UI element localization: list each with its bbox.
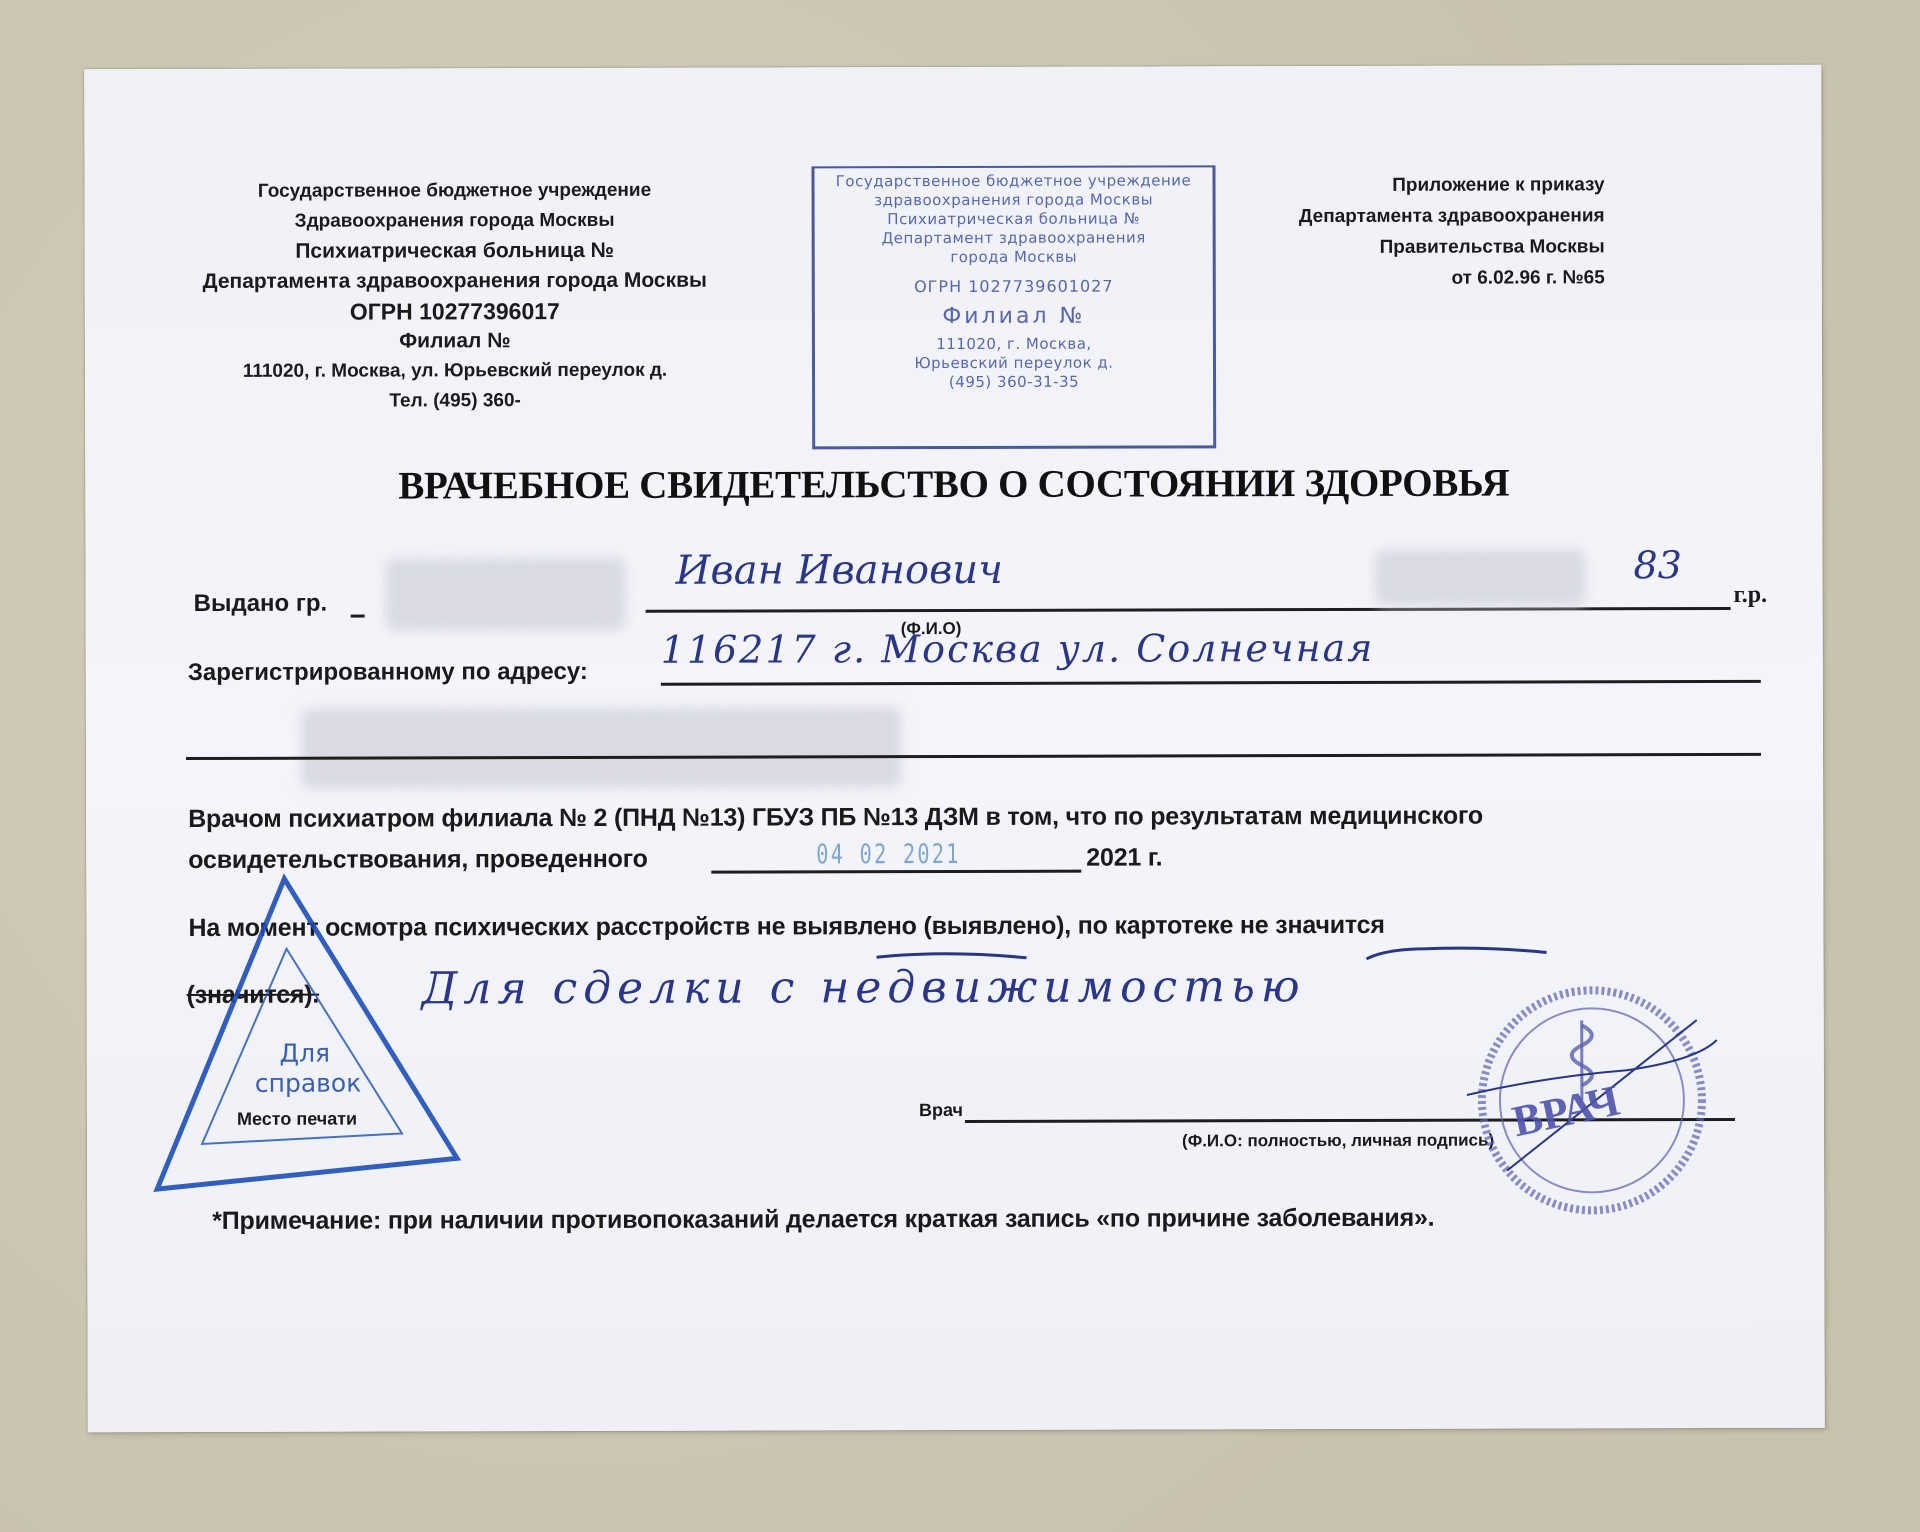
header-left-line1: Государственное бюджетное учреждение <box>175 176 735 207</box>
redacted-patronymic <box>1375 549 1585 606</box>
header-left-branch: Филиал № <box>175 326 735 357</box>
document-title: ВРАЧЕБНОЕ СВИДЕТЕЛЬСТВО О СОСТОЯНИИ ЗДОР… <box>85 460 1822 510</box>
header-right-line4: от 6.02.96 г. №65 <box>1225 262 1605 294</box>
stamp-place-label: Место печати <box>237 1109 357 1130</box>
handwritten-birth-year: 83 <box>1633 543 1681 587</box>
address-line-1 <box>661 680 1761 686</box>
stamp-addr1: 111020, г. Москва, <box>815 334 1213 354</box>
doctor-label: Врач <box>919 1100 963 1121</box>
institution-stamp: Государственное бюджетное учреждение здр… <box>811 165 1216 449</box>
body-line1: Врачом психиатром филиала № 2 (ПНД №13) … <box>188 802 1483 834</box>
triangle-stamp-text: Для справок <box>255 1039 355 1099</box>
redacted-surname <box>386 558 626 631</box>
body-line2-suffix: 2021 г. <box>1086 843 1162 872</box>
header-right: Приложение к приказу Департамента здраво… <box>1224 169 1604 294</box>
stamp-line1: Государственное бюджетное учреждение <box>814 171 1212 191</box>
footnote: *Примечание: при наличии противопоказани… <box>212 1204 1434 1236</box>
issued-to-line <box>646 607 1731 613</box>
stamp-line3: Психиатрическая больница № <box>815 209 1213 229</box>
certificate-paper: Государственное бюджетное учреждение Здр… <box>84 65 1825 1433</box>
header-left-line4: Департамента здравоохранения города Моск… <box>175 266 735 297</box>
handwritten-address: 116217 г. Москва ул. Солнечная <box>661 626 1375 672</box>
date-line <box>711 870 1081 874</box>
issued-to-dash <box>351 615 365 618</box>
header-left-ogrn: ОГРН 10277396017 <box>175 296 735 327</box>
header-left: Государственное бюджетное учреждение Здр… <box>175 176 736 417</box>
stamp-line4: Департамент здравоохранения <box>815 228 1213 248</box>
stamp-branch: Филиал № <box>815 303 1213 329</box>
stamp-line2: здравоохранения города Москвы <box>815 190 1213 210</box>
registered-address-label: Зарегистрированному по адресу: <box>188 658 588 687</box>
doctor-caption: (Ф.И.О: полностью, личная подпись) <box>1182 1131 1494 1152</box>
stamp-line5: города Москвы <box>815 247 1213 267</box>
stamp-addr2: Юрьевский переулок д. <box>815 353 1213 373</box>
issued-to-label: Выдано гр. <box>194 590 328 618</box>
triangle-stamp-line1: Для <box>255 1039 355 1069</box>
date-stamp: 04 02 2021 <box>816 839 961 870</box>
stamp-ogrn: ОГРН 1027739601027 <box>815 276 1213 296</box>
header-left-address: 111020, г. Москва, ул. Юрьевский переуло… <box>175 356 735 387</box>
header-left-line2: Здравоохранения города Москвы <box>175 206 735 237</box>
header-left-line3: Психиатрическая больница № <box>175 236 735 267</box>
stamp-phone: (495) 360-31-35 <box>815 372 1213 392</box>
header-right-line2: Департамента здравоохранения <box>1225 200 1605 232</box>
redacted-address <box>301 707 901 789</box>
handwritten-name: Иван Иванович <box>675 547 1003 594</box>
triangle-stamp-line2: справок <box>255 1069 355 1099</box>
header-right-line1: Приложение к приказу <box>1224 169 1604 201</box>
birth-year-suffix: г.р. <box>1734 582 1768 609</box>
handwritten-purpose-note: Для сделки с недвижимостью <box>422 961 1306 1014</box>
header-right-line3: Правительства Москвы <box>1225 231 1605 263</box>
header-left-phone: Тел. (495) 360- <box>175 386 735 417</box>
